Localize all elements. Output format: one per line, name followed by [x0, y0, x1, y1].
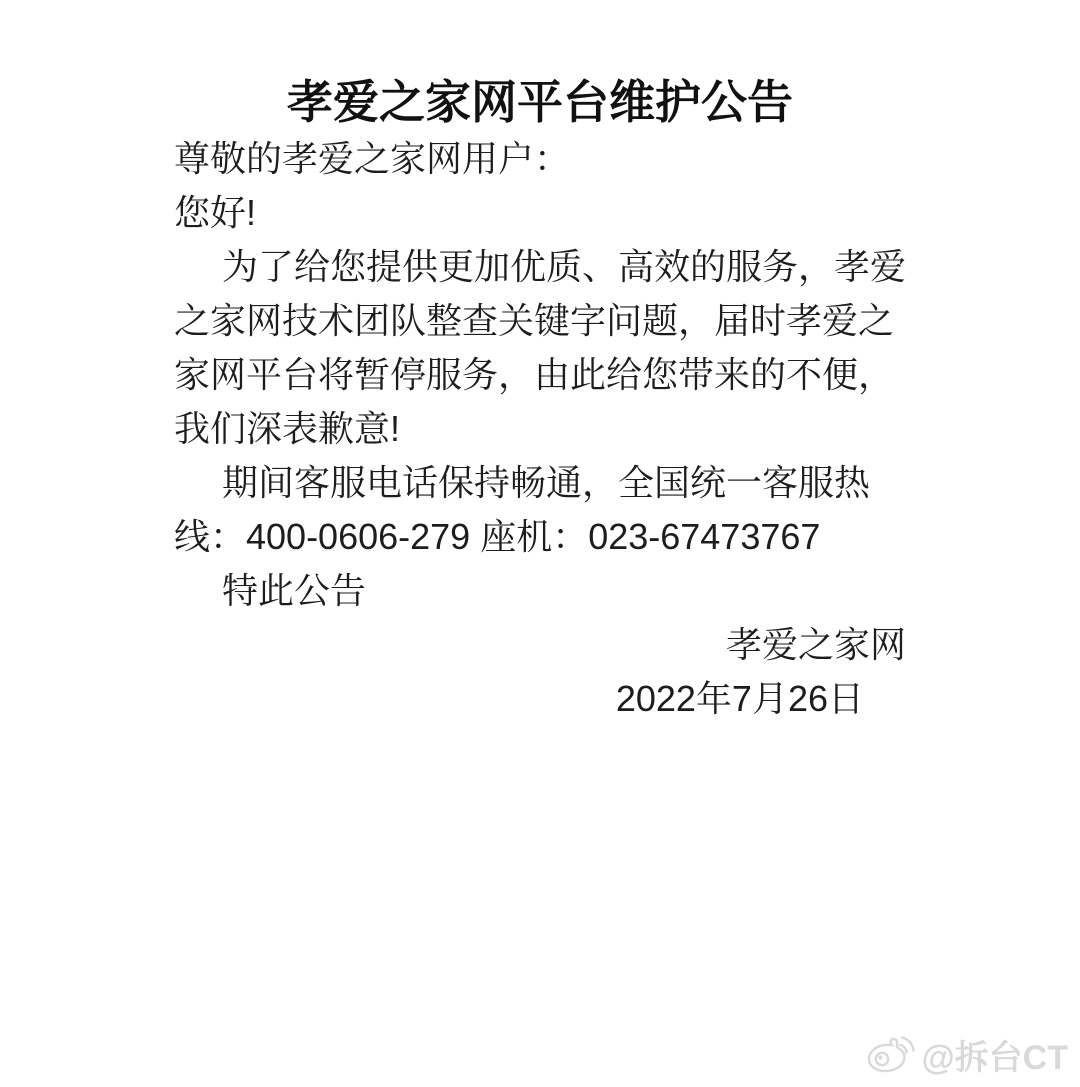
- body-paragraph-1: 为了给您提供更加优质、高效的服务，孝爱 之家网技术团队整查关键字问题，届时孝爱之…: [174, 240, 906, 456]
- weibo-icon: [865, 1033, 915, 1077]
- announcement-page: 孝爱之家网平台维护公告 尊敬的孝爱之家网用户： 您好! 为了给您提供更加优质、高…: [0, 0, 1080, 1087]
- watermark: @拆台CT: [865, 1030, 1068, 1079]
- salutation-line: 您好!: [174, 186, 906, 240]
- announcement-body: 尊敬的孝爱之家网用户： 您好! 为了给您提供更加优质、高效的服务，孝爱 之家网技…: [174, 132, 906, 726]
- signature-line: 孝爱之家网: [174, 618, 906, 672]
- date-line: 2022年7月26日: [174, 672, 906, 726]
- closing-line: 特此公告: [174, 564, 906, 618]
- greeting-line: 尊敬的孝爱之家网用户：: [174, 132, 906, 186]
- body-paragraph-2: 期间客服电话保持畅通，全国统一客服热 线：400-0606-279 座机：023…: [174, 456, 906, 564]
- page-title: 孝爱之家网平台维护公告: [0, 0, 1080, 132]
- watermark-text: @拆台CT: [922, 1030, 1068, 1079]
